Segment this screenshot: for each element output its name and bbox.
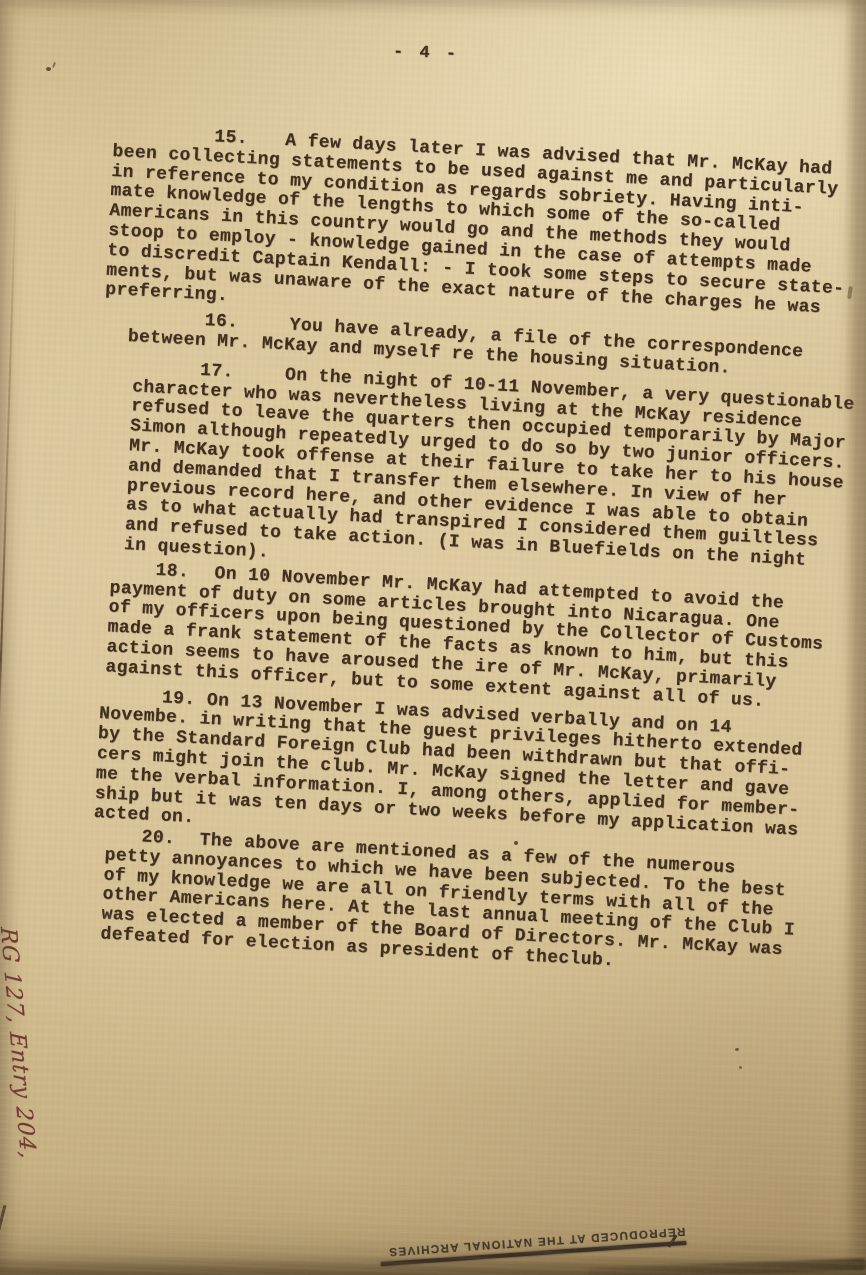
paragraph: 17.On the night of 10-11 November, a ver… xyxy=(123,358,860,594)
ink-speck xyxy=(46,67,51,71)
paragraph-number: 19. xyxy=(161,689,196,711)
ink-speck xyxy=(52,62,56,68)
paragraph-number: 16. xyxy=(204,312,239,334)
paragraph-number: 20. xyxy=(141,828,176,850)
paper-crease-left xyxy=(0,148,18,728)
ink-speck xyxy=(739,1066,742,1069)
document-page: - 4 - 15.A few days later I was advised … xyxy=(0,0,866,1275)
paragraph-number: 15. xyxy=(214,128,249,150)
ink-speck xyxy=(735,1048,739,1051)
paragraph-number: 17. xyxy=(200,362,235,384)
ink-speck xyxy=(514,841,518,845)
typewritten-text-block: 15.A few days later I was advised that M… xyxy=(53,122,866,983)
margin-annotation: RG 127, Entry 204, Fu:75 xyxy=(0,925,46,1227)
paragraph-number: 18. xyxy=(155,561,190,583)
paragraph: 15.A few days later I was advised that M… xyxy=(105,123,866,341)
page-number: - 4 - xyxy=(393,43,460,64)
paper-crease-right xyxy=(844,0,866,1275)
